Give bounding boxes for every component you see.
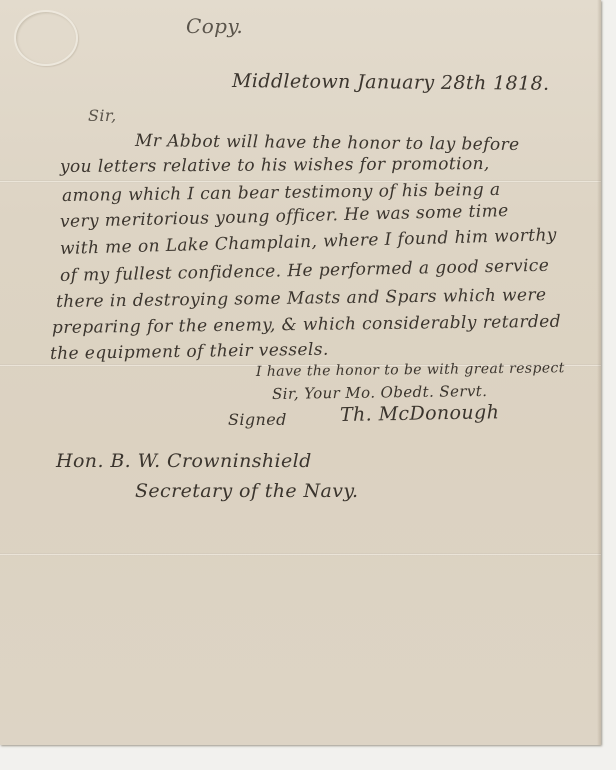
- copy-note: Copy.: [186, 14, 243, 38]
- addressee-title: Secretary of the Navy.: [135, 480, 358, 502]
- signed-label: Signed: [228, 410, 287, 429]
- body-line: there in destroying some Masts and Spars…: [56, 285, 547, 312]
- embossed-seal: [14, 10, 78, 66]
- fold-line: [0, 553, 601, 556]
- salutation: Sir,: [88, 106, 117, 125]
- letter-page: Copy. Middletown January 28th 1818. Sir,…: [0, 0, 601, 745]
- closing-line: I have the honor to be with great respec…: [256, 360, 565, 380]
- body-line: the equipment of their vessels.: [50, 340, 329, 364]
- place-date: Middletown January 28th 1818.: [232, 70, 550, 95]
- body-line: preparing for the enemy, & which conside…: [52, 312, 561, 338]
- signature: Th. McDonough: [340, 401, 500, 426]
- closing-line: Sir, Your Mo. Obedt. Servt.: [272, 382, 488, 403]
- body-line: of my fullest confidence. He performed a…: [60, 256, 550, 286]
- body-line: you letters relative to his wishes for p…: [60, 154, 490, 177]
- body-line: Mr Abbot will have the honor to lay befo…: [135, 131, 520, 155]
- body-line: with me on Lake Champlain, where I found…: [60, 225, 557, 259]
- addressee-name: Hon. B. W. Crowninshield: [56, 450, 312, 472]
